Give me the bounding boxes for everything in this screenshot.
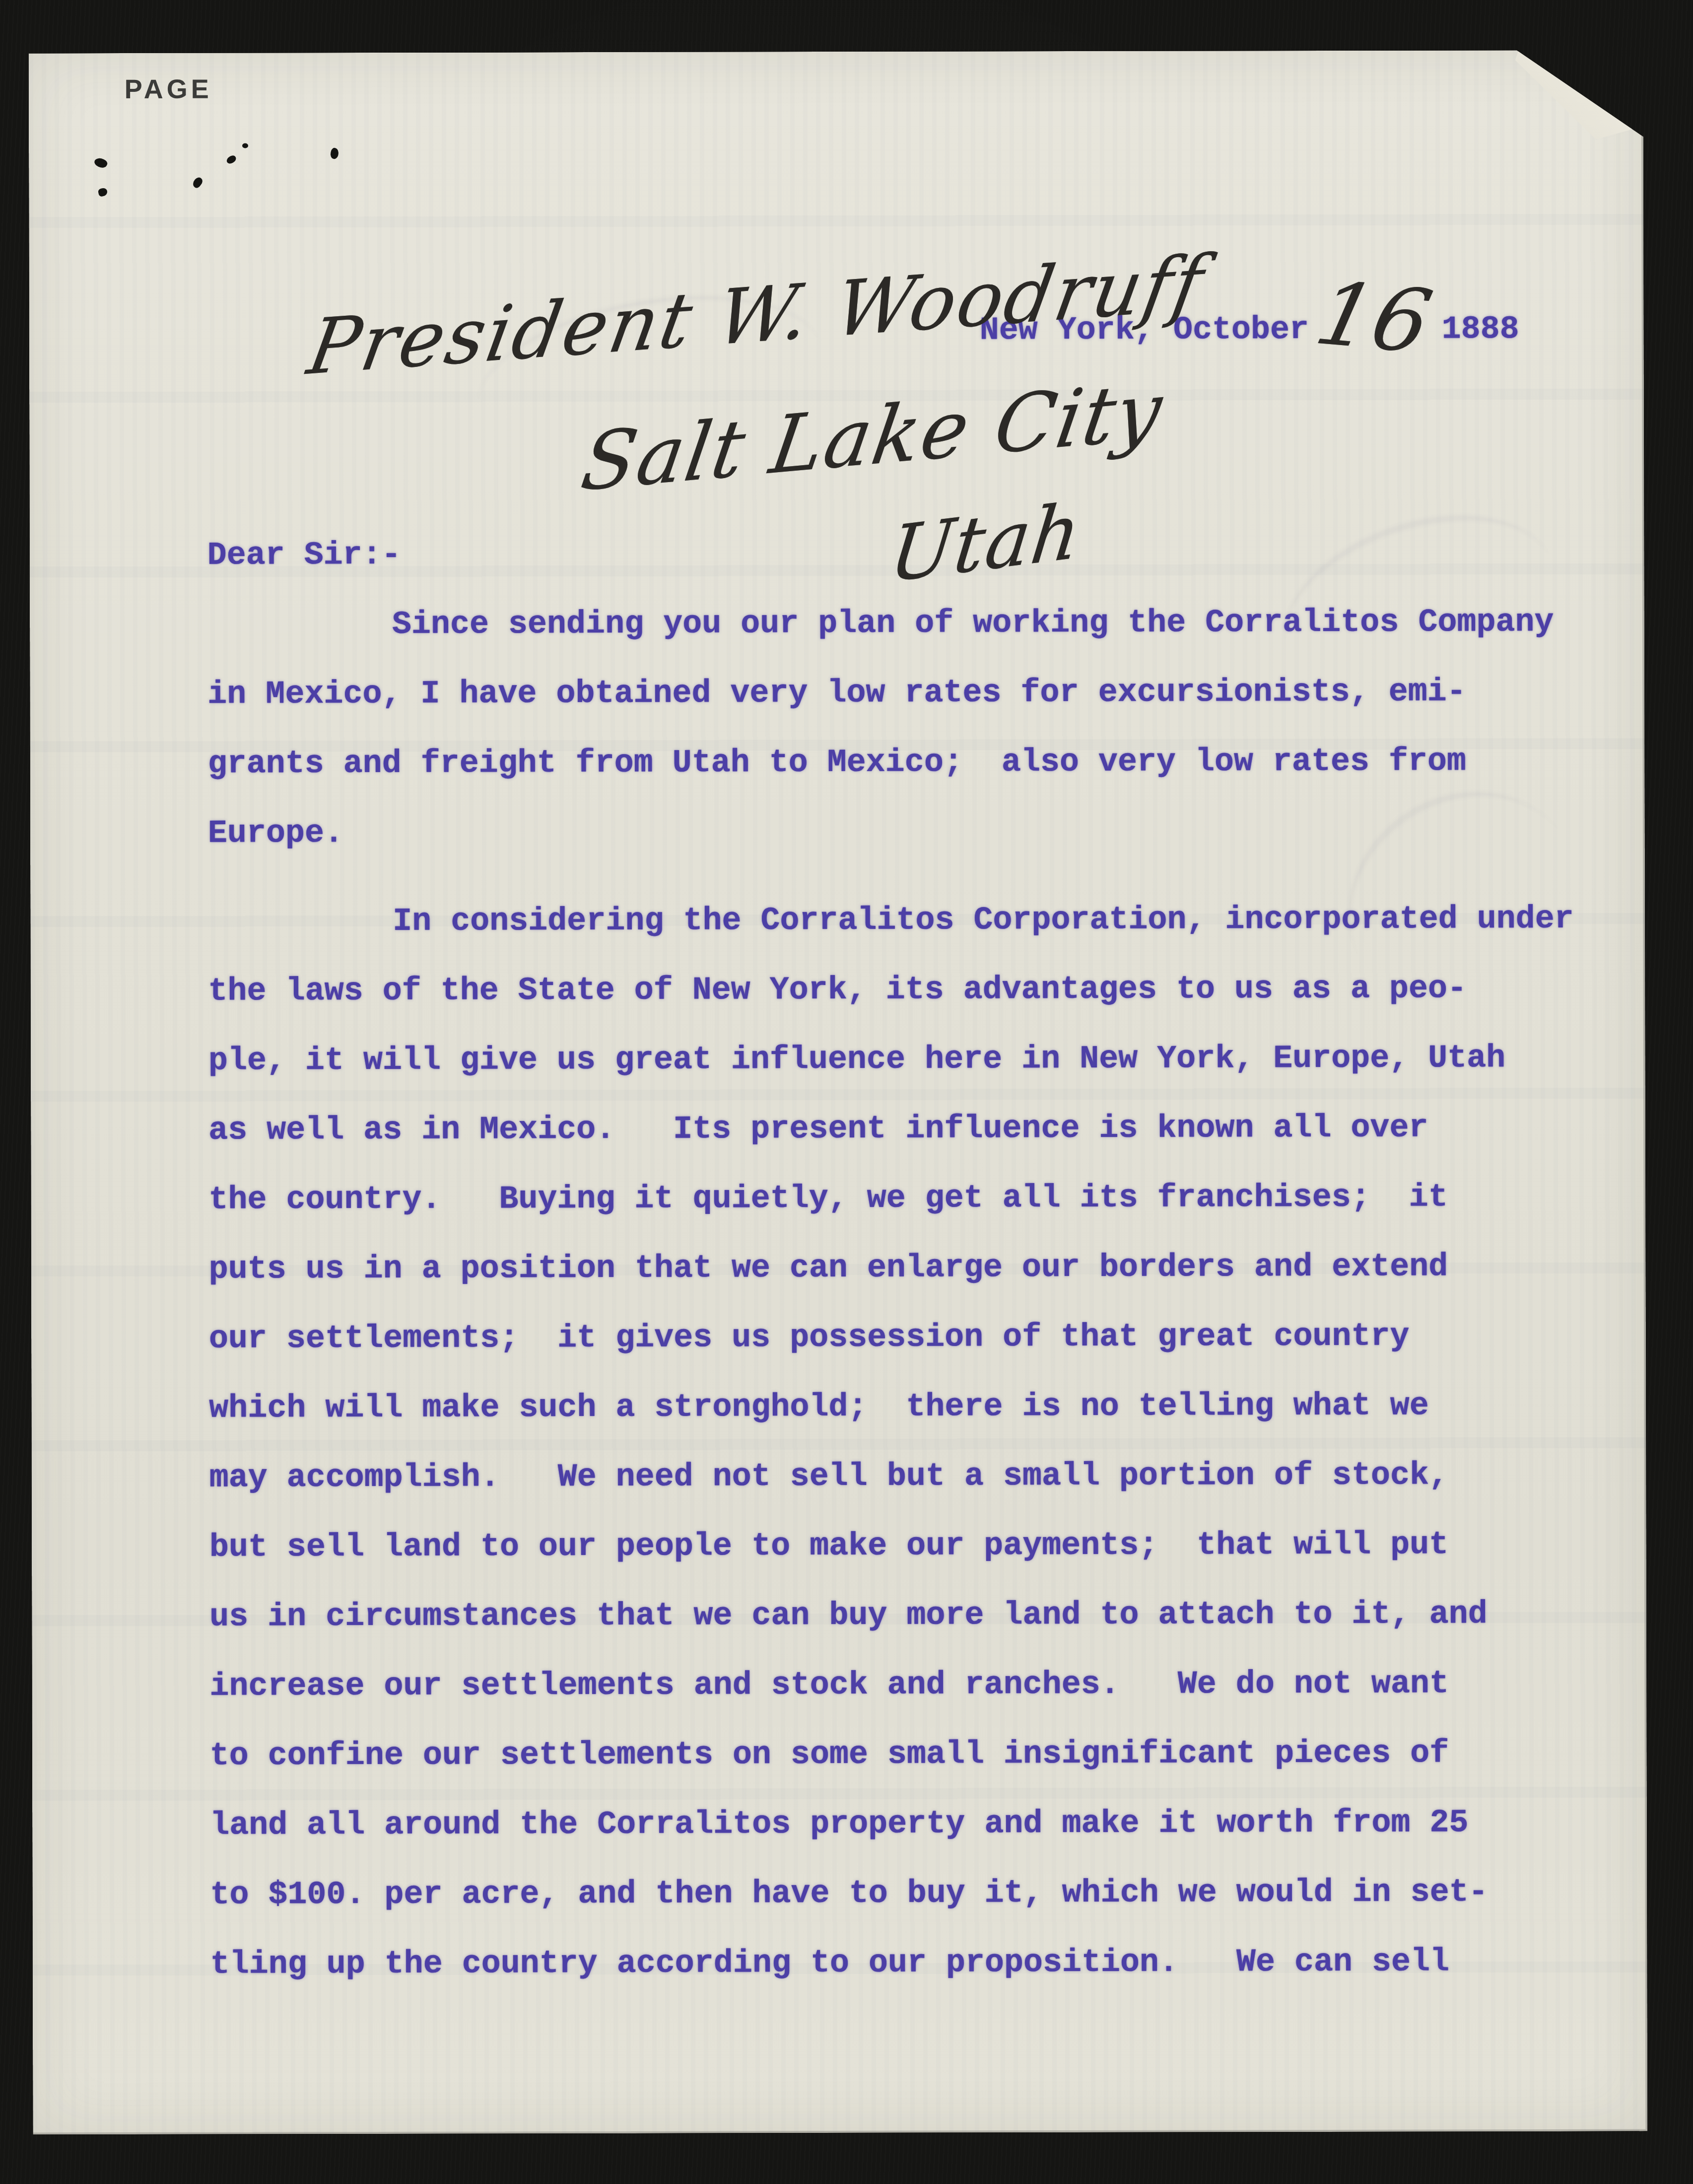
damage-mark [93,156,109,170]
recipient-state-handwritten: Utah [885,486,1086,600]
damage-mark [98,187,108,197]
body-line: Europe. [208,815,343,852]
salutation: Dear Sir:- [207,537,401,574]
body-line: to confine our settlements on some small… [210,1735,1449,1774]
body-lines: Since sending you our plan of working th… [29,50,1643,54]
body-line: in Mexico, I have obtained very low rate… [207,673,1466,712]
body-line: to $100. per acre, and then have to buy … [210,1874,1488,1913]
body-line: tling up the country according to our pr… [210,1943,1450,1982]
damage-mark [242,143,248,148]
dateline-day-handwritten: 16 [1307,264,1440,373]
body-line: the laws of the State of New York, its a… [208,970,1467,1009]
body-line: but sell land to our people to make our … [209,1526,1449,1565]
body-line: the country. Buying it quietly, we get a… [208,1179,1448,1218]
body-line: grants and freight from Utah to Mexico; … [208,743,1467,782]
body-line: increase our settlements and stock and r… [209,1665,1449,1704]
recipient-name-handwritten: President W. Woodruff [302,238,1211,392]
body-line: land all around the Corralitos property … [210,1804,1469,1843]
body-line: Since sending you our plan of working th… [392,604,1554,643]
body-line: as well as in Mexico. Its present influe… [208,1110,1428,1149]
dog-ear-fold [1515,49,1645,140]
body-line: may accomplish. We need not sell but a s… [209,1457,1449,1496]
damage-mark [191,176,204,189]
page-label: PAGE [125,74,212,105]
body-line: In considering the Corralitos Corporatio… [393,901,1574,940]
damage-mark [329,147,339,159]
dateline-year: 1888 [1442,311,1519,348]
body-line: puts us in a position that we can enlarg… [209,1248,1448,1287]
body-line: ple, it will give us great influence her… [208,1040,1506,1079]
body-line: which will make such a stronghold; there… [209,1388,1429,1427]
body-line: our settlements; it gives us possession … [209,1318,1410,1357]
letter-page: PAGE New York, October 16 1888 President… [29,50,1648,2135]
damage-mark [225,154,237,165]
body-line: us in circumstances that we can buy more… [209,1596,1488,1635]
scan-background: { "page_label": "PAGE", "colors": { "bac… [0,0,1693,2184]
